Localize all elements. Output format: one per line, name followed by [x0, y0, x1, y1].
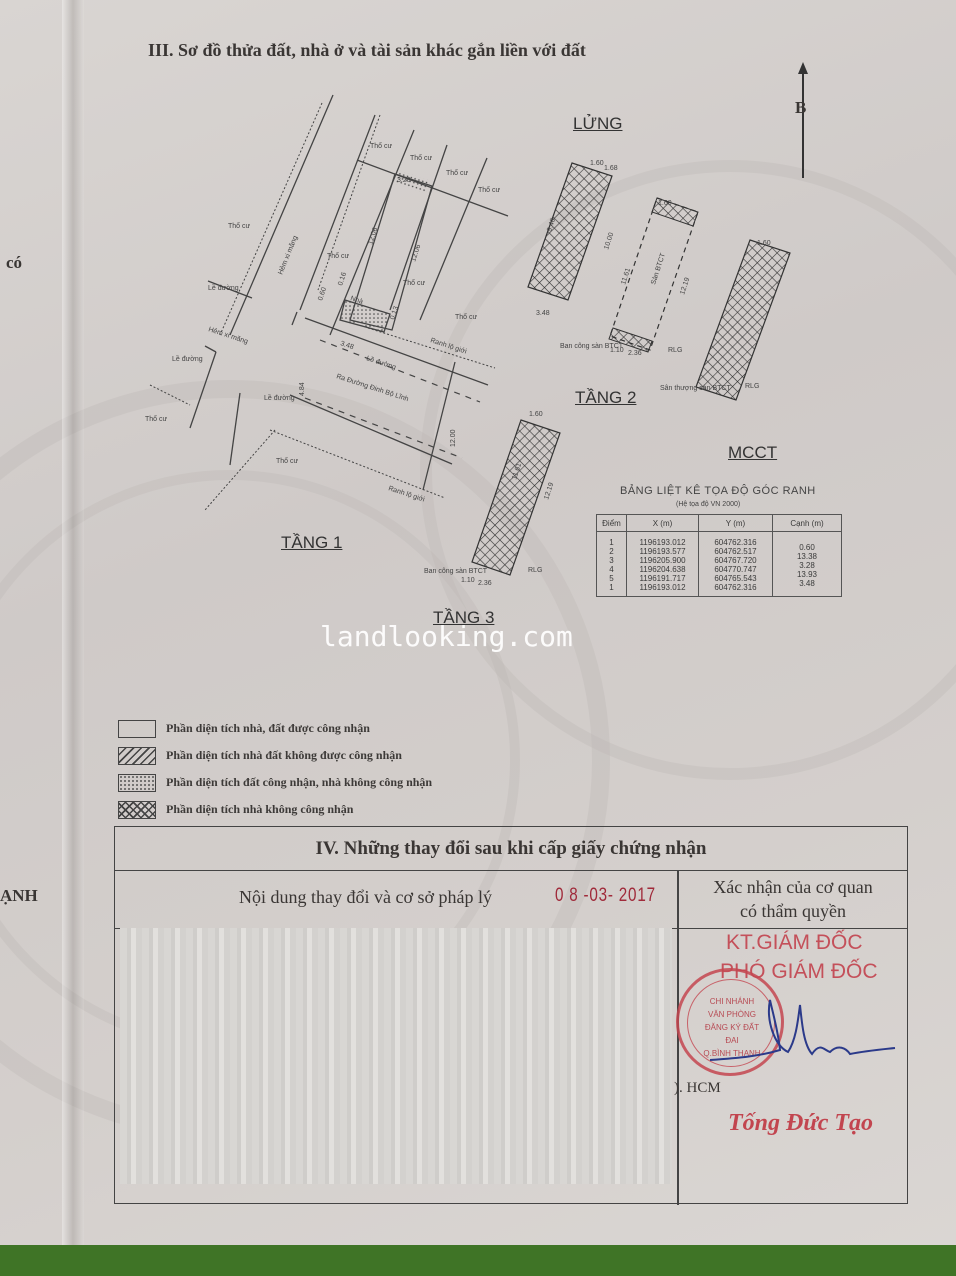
svg-text:1.60: 1.60 [658, 200, 672, 207]
cell-x: 1196193.012 [627, 532, 699, 548]
svg-text:Thổ cư: Thổ cư [145, 415, 168, 423]
hatch-pattern-icon [118, 747, 156, 765]
cell-point: 3 [597, 556, 627, 565]
confirm-header-line: có thẩm quyền [677, 899, 909, 923]
legend: Phần diện tích nhà, đất được công nhậnPh… [118, 715, 432, 823]
svg-text:1.60: 1.60 [529, 411, 543, 418]
redacted-content [120, 928, 672, 1184]
svg-text:10.00: 10.00 [603, 232, 615, 251]
svg-text:3.48: 3.48 [339, 340, 354, 351]
cell-edge: 13.38 [773, 552, 842, 561]
cell-point: 1 [597, 583, 627, 597]
svg-text:Lề đường: Lề đường [264, 393, 295, 402]
cell-edge: 3.28 [773, 561, 842, 570]
svg-text:Thổ cư: Thổ cư [228, 222, 251, 230]
svg-text:Thổ cư: Thổ cư [403, 279, 426, 287]
svg-text:1.10: 1.10 [610, 347, 624, 354]
svg-text:0.16: 0.16 [337, 271, 348, 286]
cell-x: 1196191.717 [627, 574, 699, 583]
dots-pattern-icon [118, 774, 156, 792]
svg-text:Ra Đường Đinh Bộ Lĩnh: Ra Đường Đinh Bộ Lĩnh [335, 373, 409, 403]
legend-item: Phần diện tích nhà không công nhận [118, 796, 432, 823]
legend-label: Phần diện tích nhà không công nhận [166, 802, 353, 817]
svg-text:3.48: 3.48 [536, 310, 550, 317]
svg-text:RLG: RLG [528, 567, 542, 574]
left-page-fragment: ẠNH [0, 886, 38, 906]
svg-text:Thổ cư: Thổ cư [455, 313, 478, 321]
floor-label-roof: MCCT [728, 443, 777, 463]
column-header: X (m) [627, 515, 699, 532]
cell-point: 5 [597, 574, 627, 583]
column-header: Điểm [597, 515, 627, 532]
signer-name: Tống Đức Tạo [728, 1110, 873, 1137]
floor-label-mezzanine: LỬNG [573, 114, 622, 134]
signature-icon [700, 990, 900, 1080]
cell-y: 604762.517 [699, 547, 773, 556]
svg-text:3.28: 3.28 [397, 177, 411, 184]
changes-header-row: Nội dung thay đổi và cơ sở pháp lý 0 8 -… [115, 871, 907, 929]
svg-text:12.06: 12.06 [367, 227, 379, 246]
svg-text:12.19: 12.19 [543, 482, 555, 501]
svg-text:Lề đường: Lề đường [365, 353, 397, 371]
svg-text:Thổ cư: Thổ cư [446, 169, 469, 177]
svg-text:2.36: 2.36 [628, 350, 642, 357]
cross-pattern-icon [118, 801, 156, 819]
confirm-header: Xác nhận của cơ quan có thẩm quyền [677, 875, 909, 923]
svg-text:Hẻm xi măng: Hẻm xi măng [207, 326, 248, 345]
legend-item: Phần diện tích đất công nhận, nhà không … [118, 769, 432, 796]
cell-x: 1196205.900 [627, 556, 699, 565]
cell-point: 2 [597, 547, 627, 556]
cell-x: 1196204.638 [627, 565, 699, 574]
svg-text:Thổ cư: Thổ cư [410, 154, 433, 162]
svg-text:1.60: 1.60 [757, 240, 771, 247]
plain-pattern-icon [118, 720, 156, 738]
column-header: Y (m) [699, 515, 773, 532]
certificate-page: có ẠNH III. Sơ đồ thửa đất, nhà ở và tài… [0, 0, 956, 1250]
confirm-header-line: Xác nhận của cơ quan [677, 875, 909, 899]
legend-label: Phần diện tích nhà đất không được công n… [166, 748, 402, 763]
table-surface [0, 1245, 956, 1276]
cell-y: 604765.543 [699, 574, 773, 583]
svg-text:12.19: 12.19 [679, 277, 691, 296]
legend-item: Phần diện tích nhà, đất được công nhận [118, 715, 432, 742]
cell-edge: 3.48 [773, 579, 842, 593]
cell-edge: 13.93 [773, 570, 842, 579]
svg-text:Sân thượng sàn BTCT: Sân thượng sàn BTCT [660, 385, 731, 392]
legend-label: Phần diện tích đất công nhận, nhà không … [166, 775, 432, 790]
section-4-title: IV. Những thay đổi sau khi cấp giấy chứn… [115, 827, 907, 871]
table-row: 11196193.012604762.3163.48 [597, 583, 842, 597]
coordinate-table-title: BẢNG LIỆT KÊ TỌA ĐỘ GÓC RANH [620, 485, 816, 497]
content-header: Nội dung thay đổi và cơ sở pháp lý [239, 887, 492, 908]
watermark: landlooking.com [320, 620, 573, 653]
svg-text:Lề đường: Lề đường [172, 354, 203, 363]
cell-x: 1196193.577 [627, 547, 699, 556]
svg-text:Thổ cư: Thổ cư [478, 186, 501, 194]
svg-text:Ban công sàn BTCT: Ban công sàn BTCT [424, 568, 488, 575]
svg-text:11.61: 11.61 [620, 267, 632, 285]
svg-text:1.10: 1.10 [461, 577, 475, 584]
legend-label: Phần diện tích nhà, đất được công nhận [166, 721, 370, 736]
cell-edge: 0.60 [773, 543, 842, 552]
city-fragment: ). HCM [674, 1080, 721, 1097]
cell-point: 1 [597, 532, 627, 548]
cell-edge [773, 528, 842, 544]
cell-y: 604767.720 [699, 556, 773, 565]
svg-text:RLG: RLG [668, 347, 682, 354]
cell-x: 1196193.012 [627, 583, 699, 597]
date-stamp: 0 8 -03- 2017 [555, 885, 656, 907]
cell-point: 4 [597, 565, 627, 574]
cell-y: 604770.747 [699, 565, 773, 574]
coordinate-table: Điểm X (m) Y (m) Cạnh (m) 11196193.01260… [596, 514, 842, 597]
svg-text:Thổ cư: Thổ cư [370, 142, 393, 150]
svg-text:Thổ cư: Thổ cư [327, 252, 350, 260]
svg-text:Lề đường: Lề đường [208, 283, 239, 292]
floor-label-floor-2: TẦNG 2 [575, 388, 636, 408]
svg-text:12.00: 12.00 [450, 429, 457, 447]
svg-text:RLG: RLG [745, 383, 759, 390]
svg-text:1.60: 1.60 [590, 160, 604, 167]
svg-text:Sàn BTCT: Sàn BTCT [650, 252, 667, 286]
cell-y: 604762.316 [699, 532, 773, 548]
svg-text:1.68: 1.68 [604, 165, 618, 172]
svg-text:Thổ cư: Thổ cư [276, 457, 299, 465]
svg-text:2.36: 2.36 [478, 580, 492, 587]
svg-text:Hẻm xi măng: Hẻm xi măng [277, 235, 299, 276]
legend-item: Phần diện tích nhà đất không được công n… [118, 742, 432, 769]
cell-y: 604762.316 [699, 583, 773, 597]
signature-title: KT.GIÁM ĐỐC [726, 931, 863, 955]
coordinate-table-subtitle: (Hệ tọa độ VN 2000) [676, 501, 740, 508]
svg-text:4.84: 4.84 [299, 382, 306, 396]
floor-label-ground: TẦNG 1 [281, 533, 342, 553]
